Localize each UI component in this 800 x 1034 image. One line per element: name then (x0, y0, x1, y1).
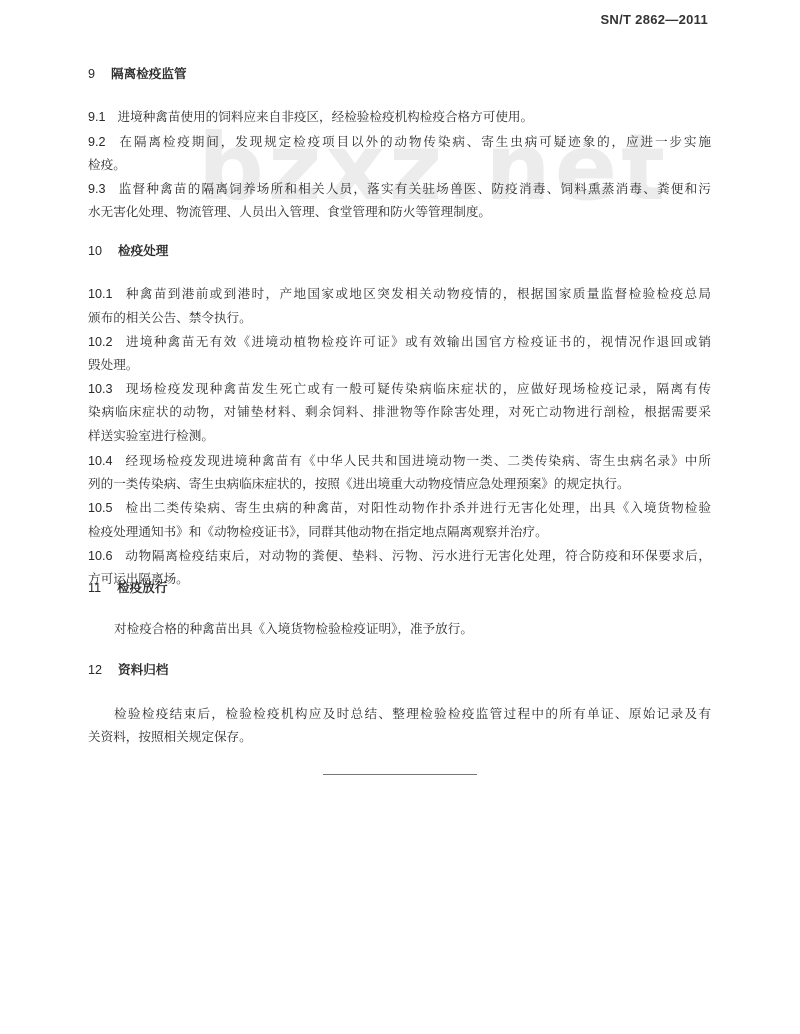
clause-10-3-cont1: 染病临床症状的动物，对铺垫材料、剩余饲料、排泄物等作除害处理，对死亡动物进行剖检… (88, 404, 711, 420)
section-number: 11 (88, 580, 101, 596)
document-page: SN/T 2862—2011 bzxz.net 9隔离检疫监管 9.1进境种禽苗… (0, 0, 800, 1034)
clause-10-1-cont: 颁布的相关公告、禁令执行。 (88, 310, 252, 326)
clause-10-2-cont: 毁处理。 (88, 357, 138, 373)
clause-number: 10.3 (88, 381, 113, 397)
clause-9-1: 9.1进境种禽苗使用的饲料应来自非疫区，经检验检疫机构检疫合格方可使用。 (88, 109, 533, 125)
clause-text: 现场检疫发现种禽苗发生死亡或有一般可疑传染病临床症状的，应做好现场检疫记录，隔离… (125, 381, 711, 396)
section-heading-9: 9隔离检疫监管 (88, 66, 187, 82)
clause-number: 10.1 (88, 286, 113, 302)
section-number: 12 (88, 662, 102, 678)
clause-9-3: 9.3监督种禽苗的隔离饲养场所和相关人员，落实有关驻场兽医、防疫消毒、饲料熏蒸消… (88, 181, 711, 197)
clause-text: 检出二类传染病、寄生虫病的种禽苗，对阳性动物作扑杀并进行无害化处理，出具《入境货… (125, 500, 711, 515)
clause-text: 在隔离检疫期间，发现规定检疫项目以外的动物传染病、寄生虫病可疑迹象的，应进一步实… (118, 134, 711, 149)
clause-10-4: 10.4经现场检疫发现进境种禽苗有《中华人民共和国进境动物一类、二类传染病、寄生… (88, 453, 711, 469)
clause-10-2: 10.2进境种禽苗无有效《进境动植物检疫许可证》或有效输出国官方检疫证书的，视情… (88, 334, 711, 350)
section-number: 9 (88, 66, 95, 82)
section-12-paragraph-cont: 关资料，按照相关规定保存。 (88, 729, 252, 745)
clause-10-6: 10.6动物隔离检疫结束后，对动物的粪便、垫料、污物、污水进行无害化处理，符合防… (88, 548, 711, 564)
clause-number: 10.6 (88, 548, 113, 564)
clause-9-3-cont: 水无害化处理、物流管理、人员出入管理、食堂管理和防火等管理制度。 (88, 204, 491, 220)
clause-10-3: 10.3现场检疫发现种禽苗发生死亡或有一般可疑传染病临床症状的，应做好现场检疫记… (88, 381, 711, 397)
section-heading-10: 10检疫处理 (88, 243, 168, 259)
clause-9-2: 9.2在隔离检疫期间，发现规定检疫项目以外的动物传染病、寄生虫病可疑迹象的，应进… (88, 134, 711, 150)
clause-number: 9.2 (88, 134, 106, 150)
section-heading-12: 12资料归档 (88, 662, 168, 678)
clause-10-1: 10.1种禽苗到港前或到港时，产地国家或地区突发相关动物疫情的，根据国家质量监督… (88, 286, 711, 302)
end-of-document-rule (323, 774, 477, 775)
clause-number: 9.1 (88, 109, 106, 125)
clause-number: 10.5 (88, 500, 113, 516)
clause-text: 经现场检疫发现进境种禽苗有《中华人民共和国进境动物一类、二类传染病、寄生虫病名录… (125, 453, 711, 468)
clause-text: 进境种禽苗使用的饲料应来自非疫区，经检验检疫机构检疫合格方可使用。 (118, 109, 534, 124)
clause-10-5: 10.5检出二类传染病、寄生虫病的种禽苗，对阳性动物作扑杀并进行无害化处理，出具… (88, 500, 711, 516)
section-heading-11-title: 11检疫放行 (88, 580, 167, 596)
clause-number: 9.3 (88, 181, 106, 197)
section-title: 检疫放行 (117, 580, 167, 595)
clause-text: 监督种禽苗的隔离饲养场所和相关人员，落实有关驻场兽医、防疫消毒、饲料熏蒸消毒、粪… (118, 181, 711, 196)
clause-text: 种禽苗到港前或到港时，产地国家或地区突发相关动物疫情的，根据国家质量监督检验检疫… (125, 286, 711, 301)
section-title: 隔离检疫监管 (111, 66, 187, 81)
clause-text: 动物隔离检疫结束后，对动物的粪便、垫料、污物、污水进行无害化处理，符合防疫和环保… (125, 548, 711, 563)
clause-number: 10.4 (88, 453, 113, 469)
clause-10-3-cont2: 样送实验室进行检测。 (88, 428, 214, 444)
section-title: 检疫处理 (118, 243, 168, 258)
section-title: 资料归档 (118, 662, 168, 677)
clause-number: 10.2 (88, 334, 113, 350)
section-11-paragraph: 对检疫合格的种禽苗出具《入境货物检验检疫证明》，准予放行。 (88, 621, 473, 637)
section-12-paragraph: 检验检疫结束后，检验检疫机构应及时总结、整理检验检疫监管过程中的所有单证、原始记… (88, 706, 711, 722)
clause-10-5-cont: 检疫处理通知书》和《动物检疫证书》，同群其他动物在指定地点隔离观察并治疗。 (88, 524, 548, 540)
clause-9-2-cont: 检疫。 (88, 157, 126, 173)
clause-10-4-cont: 列的一类传染病、寄生虫病临床症状的，按照《进出境重大动物疫情应急处理预案》的规定… (88, 476, 630, 492)
standard-code: SN/T 2862—2011 (600, 12, 708, 27)
clause-text: 进境种禽苗无有效《进境动植物检疫许可证》或有效输出国官方检疫证书的，视情况作退回… (125, 334, 711, 349)
section-number: 10 (88, 243, 102, 259)
